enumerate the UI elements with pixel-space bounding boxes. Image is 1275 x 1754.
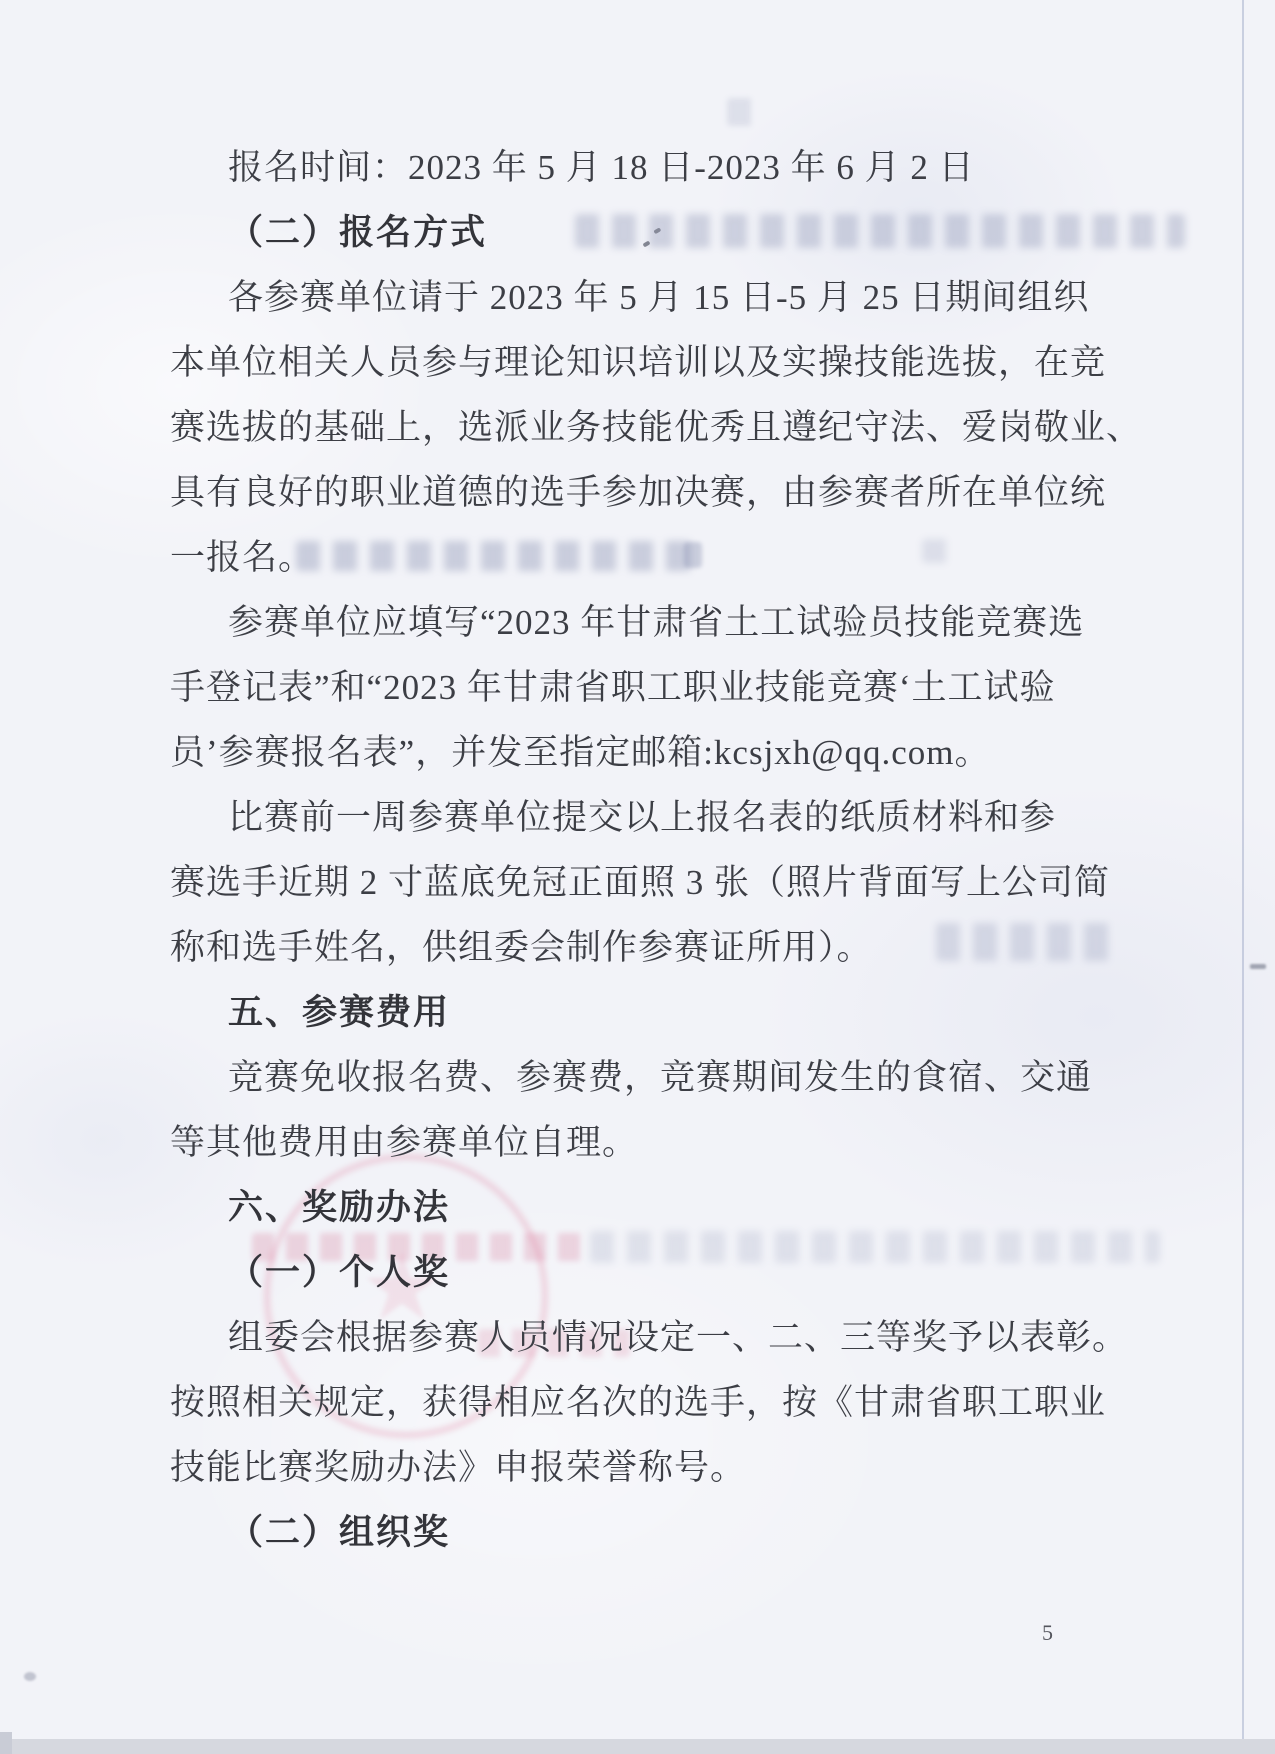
bleedthrough-mark — [727, 98, 753, 126]
scan-dot-mark — [24, 1672, 36, 1681]
text-line: 比赛前一周参赛单位提交以上报名表的纸质材料和参 — [170, 785, 1130, 850]
text-line: 组委会根据参赛人员情况设定一、二、三等奖予以表彰。 — [170, 1305, 1130, 1370]
text-line: 参赛单位应填写“2023 年甘肃省土工试验员技能竞赛选 — [170, 590, 1130, 655]
text-line: （二）组织奖 — [170, 1500, 1130, 1565]
page-number: 5 — [1042, 1620, 1053, 1646]
text-line: 各参赛单位请于 2023 年 5 月 15 日-5 月 25 日期间组织 — [170, 265, 1130, 330]
text-line: 员’参赛报名表”，并发至指定邮箱:kcsjxh@qq.com。 — [170, 720, 1130, 785]
scanned-document-page: ★ 报名时间：2023 年 5 月 18 日-2023 年 6 月 2 日（二）… — [0, 0, 1275, 1754]
text-line: （二）报名方式 — [170, 200, 1130, 265]
text-line: 赛选手近期 2 寸蓝底免冠正面照 3 张（照片背面写上公司简 — [170, 850, 1130, 915]
text-line: 竞赛免收报名费、参赛费，竞赛期间发生的食宿、交通 — [170, 1045, 1130, 1110]
text-line: 六、奖励办法 — [170, 1175, 1130, 1240]
scanner-edge-shade — [0, 1732, 12, 1754]
text-line: 五、参赛费用 — [170, 980, 1130, 1045]
scan-crease-line — [1242, 0, 1244, 1739]
text-line: 称和选手姓名，供组委会制作参赛证所用）。 — [170, 915, 1130, 980]
text-line: 技能比赛奖励办法》申报荣誉称号。 — [170, 1435, 1130, 1500]
scan-dash-mark — [1250, 964, 1266, 969]
text-line: 等其他费用由参赛单位自理。 — [170, 1110, 1130, 1175]
text-line: 一报名。 — [170, 525, 1130, 590]
document-body: 报名时间：2023 年 5 月 18 日-2023 年 6 月 2 日（二）报名… — [170, 135, 1130, 1565]
text-line: 本单位相关人员参与理论知识培训以及实操技能选拔，在竞 — [170, 330, 1130, 395]
text-line: 按照相关规定，获得相应名次的选手，按《甘肃省职工职业 — [170, 1370, 1130, 1435]
scanner-edge-band — [0, 1739, 1275, 1754]
text-line: 赛选拔的基础上，选派业务技能优秀且遵纪守法、爱岗敬业、 — [170, 395, 1130, 460]
text-line: 具有良好的职业道德的选手参加决赛，由参赛者所在单位统 — [170, 460, 1130, 525]
text-line: 报名时间：2023 年 5 月 18 日-2023 年 6 月 2 日 — [170, 135, 1130, 200]
text-line: 手登记表”和“2023 年甘肃省职工职业技能竞赛‘土工试验 — [170, 655, 1130, 720]
text-line: （一）个人奖 — [170, 1240, 1130, 1305]
